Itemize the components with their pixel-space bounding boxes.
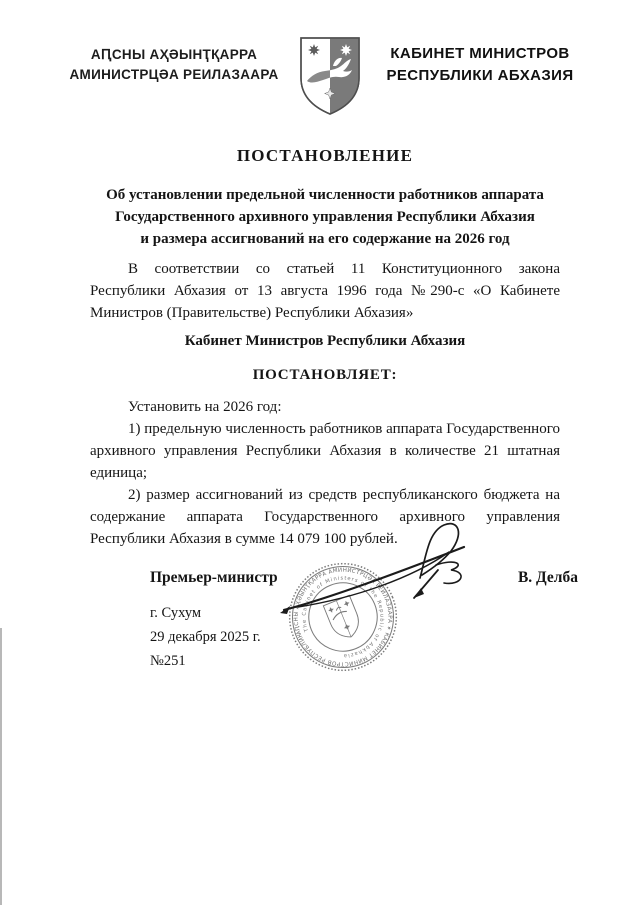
letterhead: АԤСНЫ АҲӘЫНҬҚАРРА АМИНИСТРЦӘА РЕИЛАЗААРА (58, 36, 590, 116)
org-name-abkhaz-line2: АМИНИСТРЦӘА РЕИЛАЗААРА (58, 65, 290, 85)
preamble-paragraph: В соответствии со статьей 11 Конституцио… (90, 258, 560, 324)
doc-subject-line2: Государственного архивного управления Ре… (90, 206, 560, 228)
abkhazia-coat-of-arms-icon (299, 36, 361, 116)
signature-place: г. Сухум (150, 601, 261, 625)
decree-document-page: АԤСНЫ АҲӘЫНҬҚАРРА АМИНИСТРЦӘА РЕИЛАЗААРА (0, 0, 640, 905)
doc-subject: Об установлении предельной численности р… (90, 184, 560, 250)
signature-stroke (436, 562, 461, 583)
enactment-word: ПОСТАНОВЛЯЕТ: (90, 364, 560, 386)
signer-name: В. Делба (518, 568, 578, 588)
resolution-item-1: 1) предельную численность работников апп… (90, 418, 560, 484)
doc-subject-line3: и размера ассигнований на его содержание… (90, 228, 560, 250)
doc-type-title: ПОСТАНОВЛЕНИЕ (90, 146, 560, 166)
issuing-body-line: Кабинет Министров Республики Абхазия (90, 330, 560, 352)
signature-meta: г. Сухум 29 декабря 2025 г. №251 (150, 601, 261, 673)
document-number: №251 (150, 649, 261, 673)
org-name-abkhaz-line1: АԤСНЫ АҲӘЫНҬҚАРРА (58, 45, 290, 65)
signature-arrowhead (414, 588, 424, 598)
org-name-russian-line1: КАБИНЕТ МИНИСТРОВ (370, 43, 590, 65)
org-name-russian: КАБИНЕТ МИНИСТРОВ РЕСПУБЛИКИ АБХАЗИЯ (370, 36, 590, 87)
signer-title: Премьер-министр (150, 568, 278, 588)
signature-stroke (284, 547, 464, 610)
document-body: ПОСТАНОВЛЕНИЕ Об установлении предельной… (90, 146, 560, 550)
signature-arrowhead (280, 606, 290, 614)
resolution-intro: Установить на 2026 год: (90, 396, 560, 418)
handwritten-signature (260, 510, 500, 630)
org-name-russian-line2: РЕСПУБЛИКИ АБХАЗИЯ (370, 65, 590, 87)
doc-subject-line1: Об установлении предельной численности р… (90, 184, 560, 206)
org-name-abkhaz: АԤСНЫ АҲӘЫНҬҚАРРА АМИНИСТРЦӘА РЕИЛАЗААРА (58, 36, 290, 85)
signature-date: 29 декабря 2025 г. (150, 625, 261, 649)
scan-edge-artifact (0, 628, 2, 905)
